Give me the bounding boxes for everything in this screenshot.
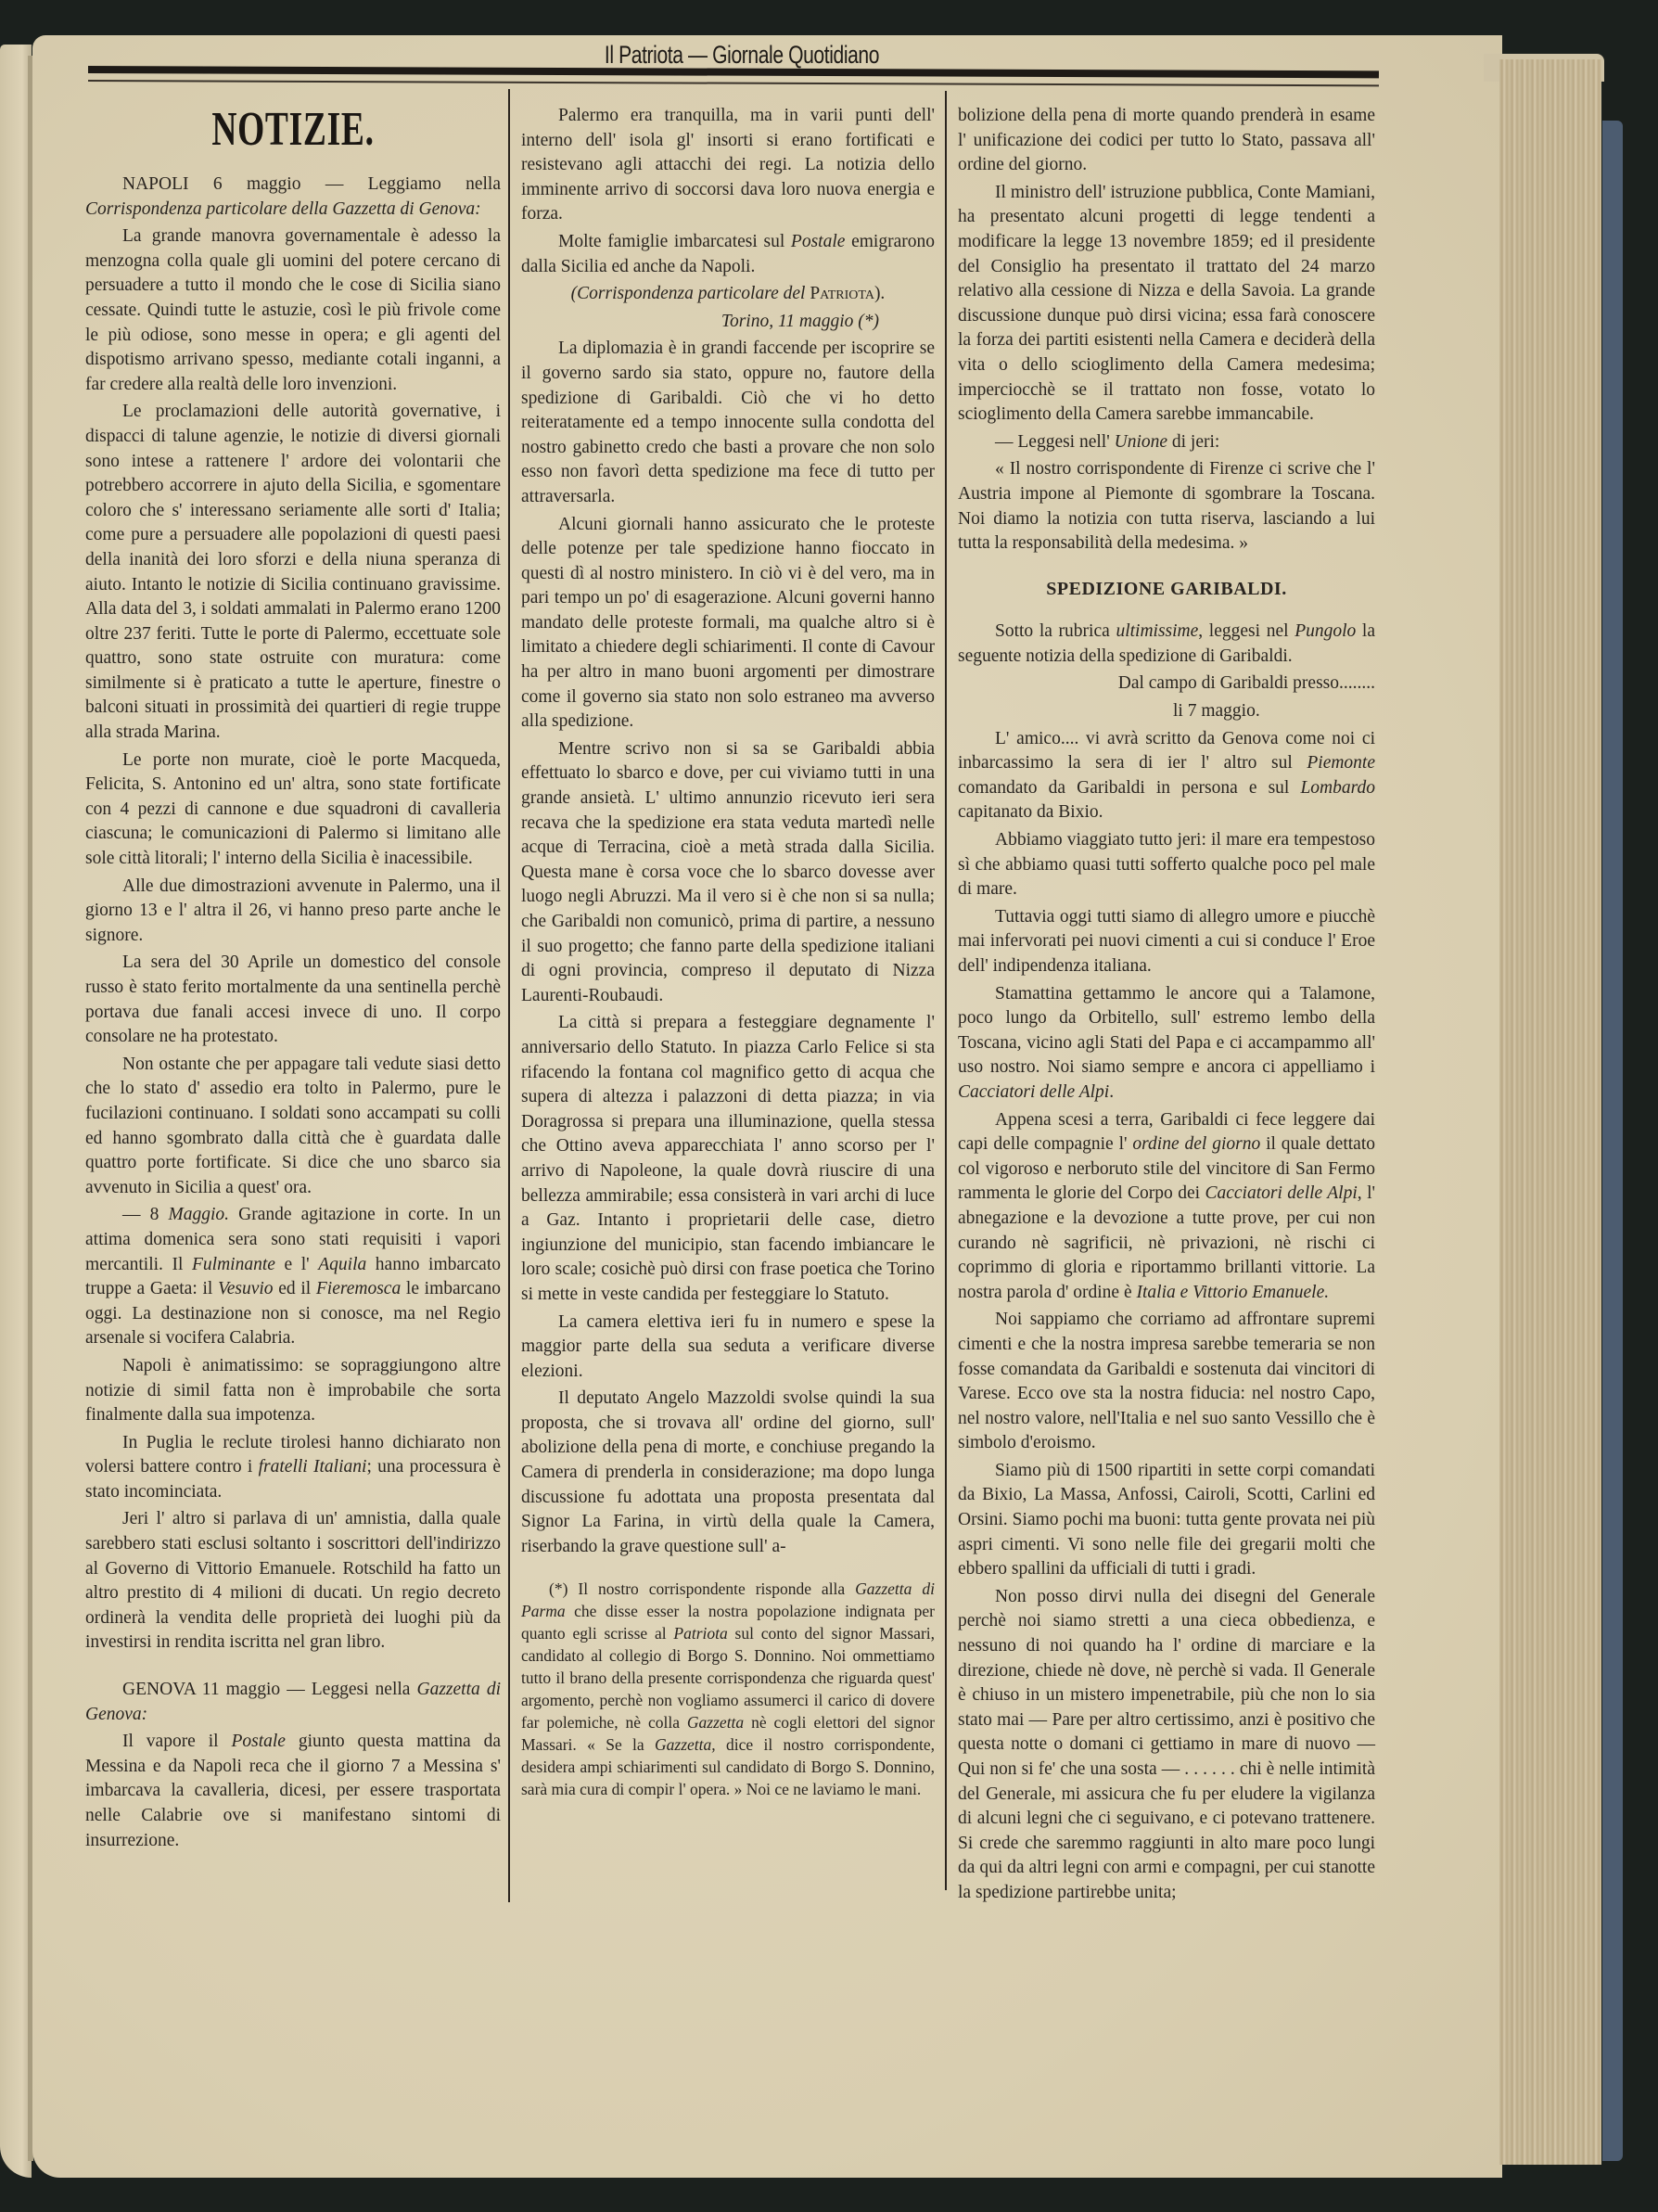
paragraph: Tuttavia oggi tutti siamo di allegro umo… bbox=[958, 905, 1375, 979]
paragraph: Le porte non murate, cioè le porte Macqu… bbox=[85, 748, 501, 872]
section-title-notizie: NOTIZIE. bbox=[144, 104, 443, 156]
letter-dateline-date: li 7 maggio. bbox=[958, 699, 1375, 724]
footnote-text: (*) Il nostro corrispondente risponde al… bbox=[521, 1578, 935, 1800]
column-3: bolizione della pena di morte quando pre… bbox=[958, 104, 1375, 1906]
paragraph: Abbiamo viaggiato tutto jeri: il mare er… bbox=[958, 828, 1375, 902]
paragraph: Jeri l' altro si parlava di un' amnistia… bbox=[85, 1507, 501, 1656]
paragraph-appena: Appena scesi a terra, Garibaldi ci fece … bbox=[958, 1108, 1375, 1306]
paragraph-8-maggio: — 8 Maggio. Grande agitazione in corte. … bbox=[85, 1203, 501, 1351]
paragraph: La grande manovra governamentale è adess… bbox=[85, 224, 501, 397]
column-divider-2 bbox=[945, 91, 947, 1890]
column-2: Palermo era tranquilla, ma in varii punt… bbox=[521, 104, 935, 1800]
correspondence-byline: (Corrispondenza particolare del Patriota… bbox=[521, 282, 935, 307]
book-cover-edge bbox=[1602, 121, 1623, 2161]
paragraph-unione: — Leggesi nell' Unione di jeri: bbox=[958, 430, 1375, 455]
page-stack-edge bbox=[1499, 59, 1601, 2165]
column-divider-1 bbox=[508, 89, 510, 1902]
paragraph-postale: Il vapore il Postale giunto questa matti… bbox=[85, 1730, 501, 1853]
paragraph-molte-famiglie: Molte famiglie imbarcatesi sul Postale e… bbox=[521, 230, 935, 279]
paragraph: Palermo era tranquilla, ma in varii punt… bbox=[521, 104, 935, 227]
paragraph: Alle due dimostrazioni avvenute in Paler… bbox=[85, 875, 501, 949]
paragraph: La camera elettiva ieri fu in numero e s… bbox=[521, 1311, 935, 1385]
paragraph: La città si prepara a festeggiare degnam… bbox=[521, 1011, 935, 1307]
facing-page-edge bbox=[0, 45, 32, 2178]
paragraph: La diplomazia è in grandi faccende per i… bbox=[521, 337, 935, 509]
paragraph: Mentre scrivo non si sa se Garibaldi abb… bbox=[521, 737, 935, 1009]
paragraph: La sera del 30 Aprile un domestico del c… bbox=[85, 951, 501, 1049]
paragraph-amico: L' amico.... vi avrà scritto da Genova c… bbox=[958, 727, 1375, 825]
running-head: Il Patriota — Giornale Quotidiano bbox=[554, 41, 930, 70]
paragraph: Le proclamazioni delle autorità governat… bbox=[85, 400, 501, 745]
paragraph-firenze-quote: « Il nostro corrispondente di Firenze ci… bbox=[958, 457, 1375, 556]
column-1: NOTIZIE. NAPOLI 6 maggio — Leggiamo nell… bbox=[85, 93, 501, 1853]
paragraph: Non ostante che per appagare tali vedute… bbox=[85, 1053, 501, 1201]
paragraph: Noi sappiamo che corriamo ad affrontare … bbox=[958, 1308, 1375, 1456]
paragraph: Il ministro dell' istruzione pubblica, C… bbox=[958, 181, 1375, 428]
paragraph: Alcuni giornali hanno assicurato che le … bbox=[521, 513, 935, 735]
paragraph-puglia: In Puglia le reclute tirolesi hanno dich… bbox=[85, 1431, 501, 1505]
paragraph: Non posso dirvi nulla dei disegni del Ge… bbox=[958, 1585, 1375, 1906]
section-title-spedizione-garibaldi: SPEDIZIONE GARIBALDI. bbox=[958, 577, 1375, 602]
napoli-dateline: NAPOLI 6 maggio — Leggiamo nella Corrisp… bbox=[85, 173, 501, 222]
letter-dateline-place: Dal campo di Garibaldi presso........ bbox=[958, 671, 1375, 697]
paragraph-sotto-la-rubrica: Sotto la rubrica ultimissime, leggesi ne… bbox=[958, 620, 1375, 669]
genova-dateline: GENOVA 11 maggio — Leggesi nella Gazzett… bbox=[85, 1678, 501, 1727]
paragraph-continuation: bolizione della pena di morte quando pre… bbox=[958, 104, 1375, 178]
paragraph-stamattina: Stamattina gettammo le ancore qui a Tala… bbox=[958, 982, 1375, 1106]
footnote: (*) Il nostro corrispondente risponde al… bbox=[521, 1578, 935, 1800]
paragraph: Il deputato Angelo Mazzoldi svolse quind… bbox=[521, 1387, 935, 1559]
paragraph: Napoli è animatissimo: se sopraggiungono… bbox=[85, 1354, 501, 1428]
torino-dateline: Torino, 11 maggio (*) bbox=[521, 310, 935, 335]
paragraph: Siamo più di 1500 ripartiti in sette cor… bbox=[958, 1459, 1375, 1582]
